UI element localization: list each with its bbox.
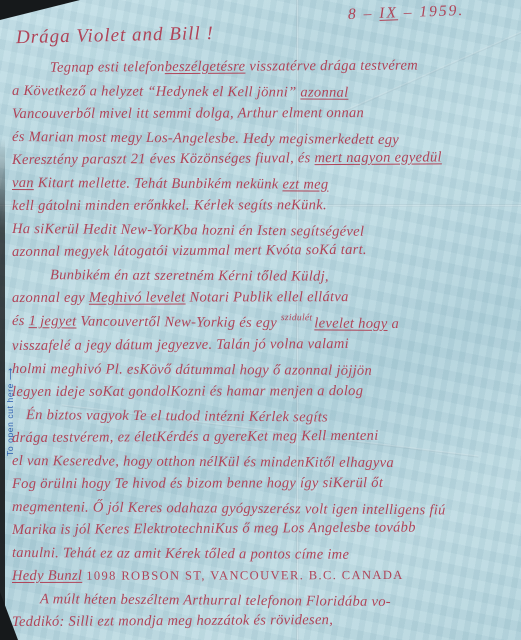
scan-border-corner xyxy=(0,0,80,20)
handwritten-text: Tegnap esti telefon xyxy=(50,59,165,76)
handwritten-text: és xyxy=(12,313,29,329)
handwritten-text: tanulni. Tehát ez az amit Kérek tőled a … xyxy=(12,545,349,563)
handwritten-text: Vancouvertől New-Yorkig és egy xyxy=(76,314,281,332)
handwritten-text: megmenteni. Ő jól Keres odahaza gyógysze… xyxy=(12,499,446,518)
letter-line: azonnal megyek látogatói vizummal mert K… xyxy=(12,238,518,264)
handwritten-text: holmi meghivó Pl. esKövő dátummal hogy ő… xyxy=(12,361,372,379)
letter-line: Marika is jól Keres ElektrotechniKus ő m… xyxy=(12,516,518,542)
handwritten-text: Fog örülni hogy Te hivod és bizom benne … xyxy=(12,475,383,492)
underlined-phrase: 1 jegyet xyxy=(29,313,77,329)
handwritten-text: a Következő a helyzet “Hedynek el Kell j… xyxy=(12,83,301,101)
letter-line: Teddikó: Silli ezt mondja meg hozzátok é… xyxy=(12,608,518,634)
handwritten-text: kell gátolni minden erőnkkel. Kérlek seg… xyxy=(12,197,327,214)
underlined-phrase: Meghivó levelet xyxy=(89,290,186,306)
letter-line: Tegnap esti telefonbeszélgetésre visszat… xyxy=(12,54,518,80)
handwritten-text: visszafelé a jegy dátum jegyezve. Talán … xyxy=(12,336,349,354)
handwritten-text: a xyxy=(388,316,400,332)
letter-line: Keresztény paraszt 21 éves Közönséges fi… xyxy=(12,146,518,172)
date-year: – 1959. xyxy=(403,2,464,21)
letter-line: visszafelé a jegy dátum jegyezve. Talán … xyxy=(12,332,518,358)
handwritten-text: azonnal egy xyxy=(12,290,89,306)
handwritten-text: Vancouverből mivel itt semmi dolga, Arth… xyxy=(12,105,364,122)
date-month-roman: IX xyxy=(379,4,398,22)
handwritten-text: Keresztény paraszt 21 éves Közönséges fi… xyxy=(12,150,315,168)
handwritten-text: el van Keseredve, hogy otthon nélKül és … xyxy=(12,453,394,471)
handwritten-text: visszatérve drága testvérem xyxy=(245,58,418,75)
underlined-phrase: van xyxy=(12,175,34,191)
handwritten-text: Kitart mellette. Tehát Bunbikém nekünk xyxy=(34,175,283,192)
handwritten-text: drága testvérem, ez életKérdés a gyereKe… xyxy=(12,428,379,446)
salutation: Drága Violet and Bill ! xyxy=(16,23,214,49)
handwritten-text: és Marian most megy Los-Angelesbe. Hedy … xyxy=(12,129,399,148)
letter-line: legyen ideje soKat gondolKozni és hamar … xyxy=(12,380,518,404)
handwritten-text: Bunbikém én azt szeretném Kérni tőled Kü… xyxy=(50,267,329,284)
handwritten-text: Ha siKerül Hedit New-YorKba hozni én Ist… xyxy=(12,221,364,240)
letter-page: To open cut here ⟶ 8 – IX – 1959. Drága … xyxy=(0,0,521,640)
handwritten-text: A múlt héten beszéltem Arthurral telefon… xyxy=(40,591,391,610)
underlined-phrase: beszélgetésre xyxy=(165,59,246,75)
letter-line: Hedy Bunzl 1098 ROBSON ST, VANCOUVER. B.… xyxy=(12,564,518,588)
handwritten-text: Teddikó: Silli ezt mondja meg hozzátok é… xyxy=(12,612,333,630)
letter-date: 8 – IX – 1959. xyxy=(348,2,465,24)
underlined-phrase: azonnal xyxy=(300,85,348,101)
letter-body: Tegnap esti telefonbeszélgetésre visszat… xyxy=(12,57,518,634)
underlined-phrase: mert nagyon egyedül xyxy=(314,149,441,166)
underlined-phrase: Hedy Bunzl xyxy=(12,568,82,584)
letter-line: drága testvérem, ez életKérdés a gyereKe… xyxy=(12,424,518,450)
underlined-phrase: levelet hogy xyxy=(314,315,387,332)
handwritten-text: Én biztos vagyok Te el tudod intézni Kér… xyxy=(26,407,328,425)
letter-line: Fog örülni hogy Te hivod és bizom benne … xyxy=(12,472,518,496)
inserted-word: szidulét xyxy=(281,313,313,323)
underlined-phrase: ezt meg xyxy=(282,176,328,192)
handwritten-text: Notari Publik ellel ellátva xyxy=(186,289,349,305)
letter-line: Vancouverből mivel itt semmi dolga, Arth… xyxy=(12,102,518,126)
handwritten-text: azonnal megyek látogatói vizummal mert K… xyxy=(12,242,367,260)
date-day: 8 – xyxy=(348,5,374,23)
handwritten-text: legyen ideje soKat gondolKozni és hamar … xyxy=(12,383,363,400)
letter-line: kell gátolni minden erőnkkel. Kérlek seg… xyxy=(12,194,518,218)
letter-line: azonnal egy Meghivó levelet Notari Publi… xyxy=(12,286,518,310)
handwritten-text: Marika is jól Keres ElektrotechniKus ő m… xyxy=(12,520,416,538)
printed-address: 1098 ROBSON ST, VANCOUVER. B.C. CANADA xyxy=(86,568,404,583)
